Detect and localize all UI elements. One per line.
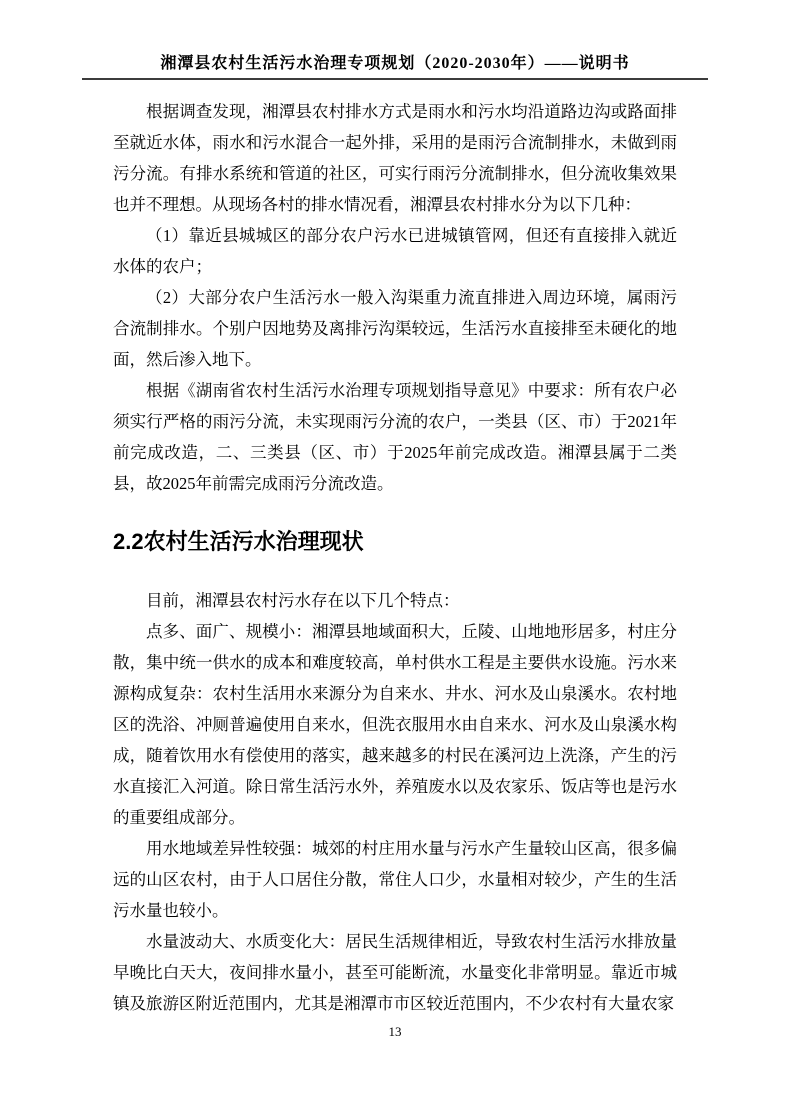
page-footer: 13 — [0, 1024, 790, 1040]
paragraph-drainage-type-2: （2）大部分农户生活污水一般入沟渠重力流直排进入周边环境，属雨污合流制排水。个别… — [113, 282, 677, 375]
paragraph-status-intro: 目前，湘潭县农村污水存在以下几个特点： — [113, 585, 677, 616]
paragraph-drainage-type-1: （1）靠近县城城区的部分农户污水已进城镇管网，但还有直接排入就近水体的农户； — [113, 220, 677, 282]
paragraph-policy-requirement: 根据《湖南省农村生活污水治理专项规划指导意见》中要求：所有农户必须实行严格的雨污… — [113, 375, 677, 499]
section-heading-2-2: 2.2农村生活污水治理现状 — [113, 525, 677, 559]
page-header: 湘潭县农村生活污水治理专项规划（2020-2030年）——说明书 — [82, 50, 708, 80]
paragraph-feature-flow-variation: 水量波动大、水质变化大：居民生活规律相近，导致农村生活污水排放量早晚比白天大，夜… — [113, 926, 677, 1019]
document-body: 根据调查发现，湘潭县农村排水方式是雨水和污水均沿道路边沟或路面排至就近水体，雨水… — [113, 96, 677, 1019]
header-title: 湘潭县农村生活污水治理专项规划（2020-2030年）——说明书 — [160, 55, 629, 72]
paragraph-drainage-overview: 根据调查发现，湘潭县农村排水方式是雨水和污水均沿道路边沟或路面排至就近水体，雨水… — [113, 96, 677, 220]
page-number: 13 — [389, 1024, 402, 1039]
paragraph-feature-regional-difference: 用水地域差异性较强：城郊的村庄用水量与污水产生量较山区高，很多偏远的山区农村，由… — [113, 833, 677, 926]
paragraph-feature-scale-and-sources: 点多、面广、规模小：湘潭县地域面积大，丘陵、山地地形居多，村庄分散，集中统一供水… — [113, 616, 677, 833]
document-page: 湘潭县农村生活污水治理专项规划（2020-2030年）——说明书 根据调查发现，… — [0, 0, 790, 1118]
